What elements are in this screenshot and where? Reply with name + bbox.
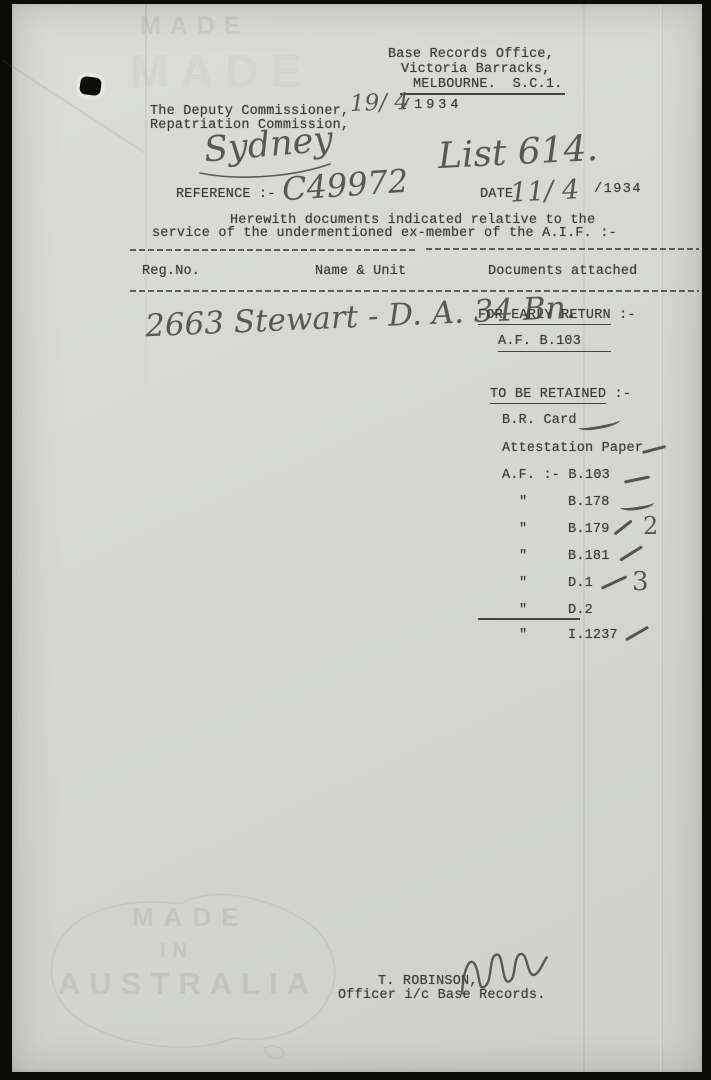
- reference-label: REFERENCE :-: [176, 188, 276, 203]
- pencil-tick-b178: [619, 498, 654, 513]
- scanned-document: MADE MADE MADE IN AUSTRALIA Base Records…: [0, 0, 711, 1080]
- retained-heading: TO BE RETAINED: [490, 387, 606, 404]
- pencil-tick-b181: [619, 545, 642, 561]
- ditto-mark-5: ": [519, 604, 527, 619]
- pencil-tick-br-card: [577, 415, 620, 432]
- pencil-note-3: 3: [632, 569, 649, 595]
- pencil-tick-attestation: [642, 445, 666, 454]
- table-header-reg-no: Reg.No.: [142, 265, 200, 280]
- pencil-note-2: 2: [643, 514, 658, 538]
- australia-map-watermark-icon: [12, 876, 352, 1071]
- ditto-mark-2: ": [519, 523, 527, 538]
- retained-item-b181: B.181: [568, 550, 610, 565]
- pencil-tick-i1237: [625, 626, 649, 641]
- date-label: DATE: [480, 188, 513, 203]
- handwritten-list-number: List 614.: [437, 131, 599, 175]
- ditto-mark-6: ": [519, 629, 527, 644]
- table-header-documents: Documents attached: [488, 265, 637, 280]
- document-paper: MADE MADE MADE IN AUSTRALIA Base Records…: [12, 4, 702, 1072]
- retained-item-d1: D.1: [568, 577, 593, 592]
- table-rule-bottom: [130, 290, 699, 292]
- strike-underline-d2: [478, 618, 580, 620]
- pencil-tick-b103: [624, 475, 650, 483]
- ditto-mark-1: ": [519, 496, 527, 511]
- letterhead-line3: MELBOURNE. S.C.1.: [413, 78, 562, 93]
- retained-item-attestation: Attestation Paper: [502, 442, 643, 457]
- letterhead-underline: [400, 93, 565, 95]
- handwritten-date-value: 11/ 4: [509, 176, 580, 207]
- retained-item-i1237: I.1237: [568, 629, 618, 644]
- early-return-heading-suffix: :-: [611, 308, 636, 323]
- early-return-heading: FOR EARLY RETURN: [478, 308, 611, 325]
- watermark-made-top: MADE: [140, 12, 250, 41]
- letterhead-line1: Base Records Office,: [388, 48, 554, 63]
- paper-fold-vertical-right: [660, 4, 663, 1072]
- ditto-mark-3: ": [519, 550, 527, 565]
- retained-item-b178: B.178: [568, 496, 610, 511]
- watermark-ghost-top: MADE: [130, 44, 313, 98]
- handwritten-date-top: 19/ 4: [350, 91, 410, 116]
- handwritten-reference-number: C49972: [281, 165, 409, 206]
- typed-year-top: /1934: [402, 99, 463, 114]
- retained-heading-suffix: :-: [606, 387, 631, 402]
- paper-crease-diagonal: [2, 59, 145, 153]
- pencil-tick-d1: [601, 575, 627, 589]
- signature-scribble: [453, 939, 553, 1004]
- retained-item-br-card: B.R. Card: [502, 414, 577, 429]
- pencil-tick-b179: [614, 520, 633, 536]
- typed-year-reference: /1934: [594, 183, 642, 198]
- retained-item-af-b103: A.F. :- B.103: [502, 469, 610, 484]
- retained-item-b179: B.179: [568, 523, 610, 538]
- table-rule-top-right: [426, 248, 699, 250]
- table-rule-top-left: [130, 249, 418, 251]
- table-header-name-unit: Name & Unit: [315, 265, 406, 280]
- ditto-mark-4: ": [519, 577, 527, 592]
- punch-hole: [79, 76, 102, 96]
- retained-item-d2: D.2: [568, 604, 593, 619]
- body-line2: service of the undermentioned ex-member …: [152, 227, 617, 242]
- letterhead-line2: Victoria Barracks,: [401, 63, 550, 78]
- early-return-item: A.F. B.103: [498, 335, 611, 352]
